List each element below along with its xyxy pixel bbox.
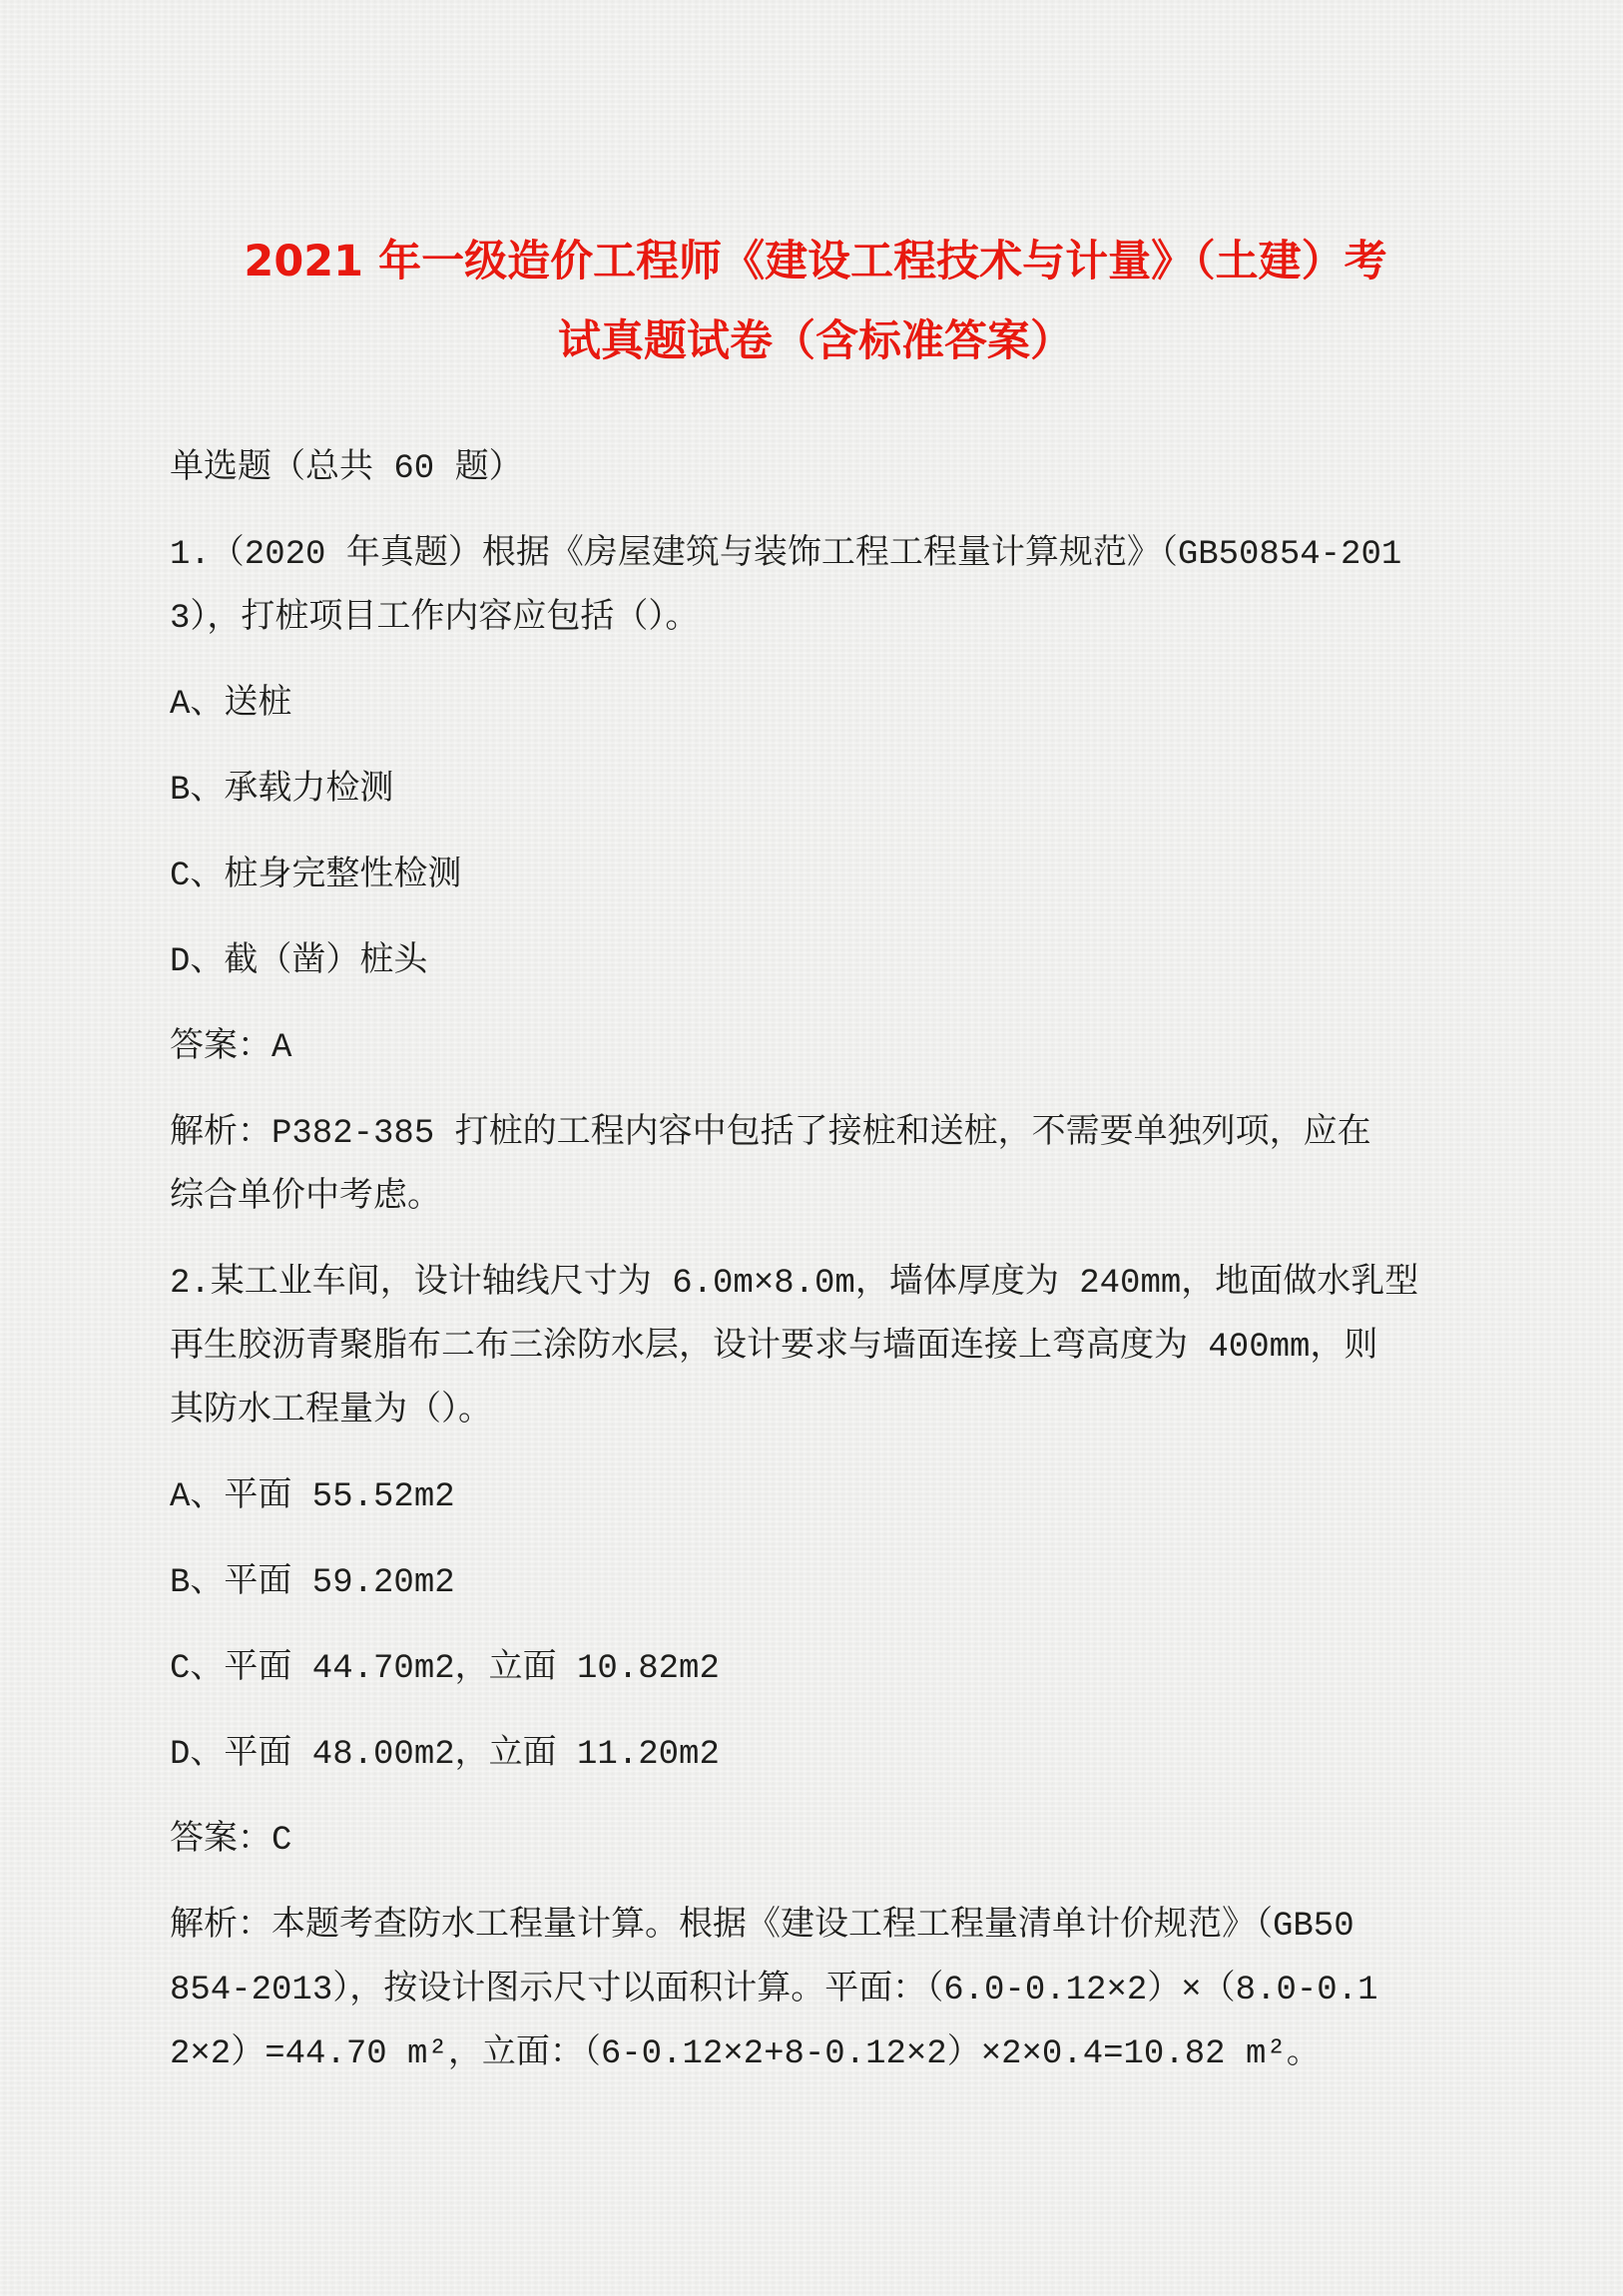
- question-2-option-d: D、平面 48.00m2，立面 11.20m2: [170, 1723, 1461, 1787]
- question-1-analysis: 解析：P382-385 打桩的工程内容中包括了接桩和送桩，不需要单独列项，应在综…: [170, 1102, 1461, 1230]
- question-2-line-1: 2.某工业车间，设计轴线尺寸为 6.0m×8.0m，墙体厚度为 240mm，地面…: [170, 1252, 1461, 1316]
- document-body: 单选题（总共 60 题）1.（2020 年真题）根据《房屋建筑与装饰工程工程量计…: [170, 437, 1461, 2086]
- question-1-line-2: 3），打桩项目工作内容应包括（）。: [170, 587, 1461, 651]
- question-1-option-d-line-1: D、截（凿）桩头: [170, 930, 1461, 994]
- question-2: 2.某工业车间，设计轴线尺寸为 6.0m×8.0m，墙体厚度为 240mm，地面…: [170, 1252, 1461, 1443]
- question-1-answer-line-1: 答案：A: [170, 1016, 1461, 1080]
- document-title: 2021 年一级造价工程师《建设工程技术与计量》（土建）考 试真题试卷（含标准答…: [170, 222, 1461, 381]
- question-1: 1.（2020 年真题）根据《房屋建筑与装饰工程工程量计算规范》（GB50854…: [170, 523, 1461, 651]
- question-2-line-2: 再生胶沥青聚脂布二布三涂防水层，设计要求与墙面连接上弯高度为 400mm，则: [170, 1316, 1461, 1380]
- question-2-analysis-line-1: 解析：本题考查防水工程量计算。根据《建设工程工程量清单计价规范》（GB50: [170, 1895, 1461, 1959]
- question-2-analysis-line-2: 854-2013），按设计图示尺寸以面积计算。平面：（6.0-0.12×2）×（…: [170, 1959, 1461, 2022]
- document-title-line-1: 2021 年一级造价工程师《建设工程技术与计量》（土建）考: [170, 222, 1461, 301]
- question-1-analysis-line-2: 综合单价中考虑。: [170, 1166, 1461, 1230]
- question-1-option-c: C、桩身完整性检测: [170, 845, 1461, 908]
- question-1-line-1: 1.（2020 年真题）根据《房屋建筑与装饰工程工程量计算规范》（GB50854…: [170, 523, 1461, 587]
- question-2-option-c: C、平面 44.70m2，立面 10.82m2: [170, 1637, 1461, 1701]
- question-2-analysis: 解析：本题考查防水工程量计算。根据《建设工程工程量清单计价规范》（GB50854…: [170, 1895, 1461, 2086]
- question-1-answer: 答案：A: [170, 1016, 1461, 1080]
- question-2-option-b-line-1: B、平面 59.20m2: [170, 1551, 1461, 1615]
- section-header: 单选题（总共 60 题）: [170, 437, 1461, 501]
- question-2-option-d-line-1: D、平面 48.00m2，立面 11.20m2: [170, 1723, 1461, 1787]
- section-header-line-1: 单选题（总共 60 题）: [170, 437, 1461, 501]
- question-1-option-c-line-1: C、桩身完整性检测: [170, 845, 1461, 908]
- question-2-option-a-line-1: A、平面 55.52m2: [170, 1465, 1461, 1529]
- question-2-answer-line-1: 答案：C: [170, 1809, 1461, 1873]
- question-1-option-d: D、截（凿）桩头: [170, 930, 1461, 994]
- question-2-analysis-line-3: 2×2）=44.70 m²，立面：（6-0.12×2+8-0.12×2）×2×0…: [170, 2022, 1461, 2086]
- question-2-answer: 答案：C: [170, 1809, 1461, 1873]
- question-1-option-b-line-1: B、承载力检测: [170, 759, 1461, 823]
- question-1-option-a: A、送桩: [170, 673, 1461, 737]
- document-title-line-2: 试真题试卷（含标准答案）: [170, 301, 1461, 381]
- question-2-option-c-line-1: C、平面 44.70m2，立面 10.82m2: [170, 1637, 1461, 1701]
- question-2-line-3: 其防水工程量为（）。: [170, 1380, 1461, 1443]
- question-1-option-a-line-1: A、送桩: [170, 673, 1461, 737]
- question-1-analysis-line-1: 解析：P382-385 打桩的工程内容中包括了接桩和送桩，不需要单独列项，应在: [170, 1102, 1461, 1166]
- exam-document-page: 2021 年一级造价工程师《建设工程技术与计量》（土建）考 试真题试卷（含标准答…: [0, 0, 1623, 2296]
- question-2-option-b: B、平面 59.20m2: [170, 1551, 1461, 1615]
- question-2-option-a: A、平面 55.52m2: [170, 1465, 1461, 1529]
- question-1-option-b: B、承载力检测: [170, 759, 1461, 823]
